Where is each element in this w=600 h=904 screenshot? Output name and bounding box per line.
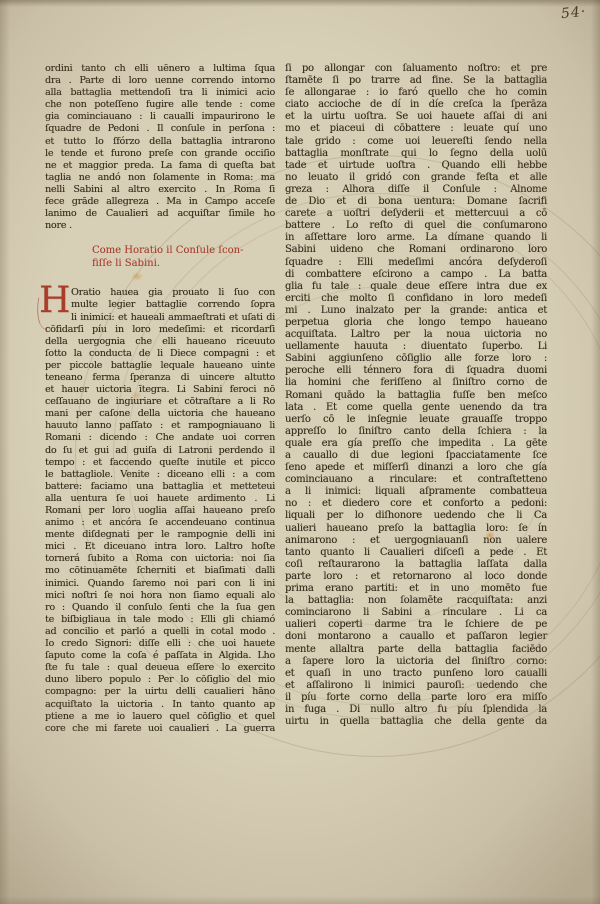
text-line: alla battaglia mettendoſi tra li inimici… <box>45 87 275 99</box>
text-line: animarono : et uergogniauanſi non ualere <box>285 535 547 547</box>
text-line: mo cōtinuamēte ſcherniti et biaſimati da… <box>45 565 275 577</box>
text-line: in fuga . Di nullo altro fu píu ſplendid… <box>285 704 547 716</box>
text-line: il píu forte corno della parte loro era … <box>285 692 547 704</box>
text-line: coſi reſtaurarono la battaglia laſſata d… <box>285 559 547 571</box>
text-line: uerſo cō le inſegnie leuate grauaſſe tro… <box>285 414 547 426</box>
text-line: no : et diedero core et conforto a pedon… <box>285 498 547 510</box>
text-line: cōfidarſi píu in loro medeſimi: et ricor… <box>45 324 275 336</box>
text-line: uellamente hauuta : diuentato ſuperbo. L… <box>285 341 547 353</box>
text-line: battaglia monſtrate qui lo ſegno della u… <box>285 148 547 160</box>
text-line: ſquadre : Elli medeſimi ancóra deſyderoſ… <box>285 257 547 269</box>
text-line: ſeno apede et miſſerſi dinanzi a loro ch… <box>285 462 547 474</box>
text-line: ſtamēte ſi po trarre ad fine. Se la batt… <box>285 75 547 87</box>
text-line: ualieri coperti darme tra le ſchiere de … <box>285 619 547 631</box>
text-line: parte loro : et retornarono al loco dond… <box>285 571 547 583</box>
text-line: Oratio hauea gia prouato li ſuo con <box>45 287 275 299</box>
left-column-paragraph-1: ordini tanto ch elli uēnero a lultima ſq… <box>45 63 275 232</box>
text-line: ad concilio et parló a quelli in cotal m… <box>45 626 275 638</box>
text-line: le battagliole. Venite : diceano elli : … <box>45 469 275 481</box>
right-column-paragraph: ſi po allongar con ſaluamento noſtro: et… <box>285 63 547 728</box>
paragraph-lines: Oratio hauea gia prouato li ſuo conmulte… <box>45 287 275 734</box>
text-line: cominciarono li Sabini a rinculare . Li … <box>285 607 547 619</box>
text-line: glia fu tale : quale deue eſſere intra d… <box>285 281 547 293</box>
incunabulum-page-scan: 54· ordini tanto ch elli uēnero a lultim… <box>0 0 600 904</box>
text-line: nore . <box>45 220 275 232</box>
text-line: nelli Sabini al altro exercito . In Roma… <box>45 184 275 196</box>
text-line: prima erano partiti: et in uno momēto fu… <box>285 583 547 595</box>
text-line: peroche elli ténnero fora di ſquadra duo… <box>285 365 547 377</box>
text-line: per piccole battaglie lequale haueano ui… <box>45 360 275 372</box>
text-line: mani per caſone della uictoria che hauea… <box>45 408 275 420</box>
text-line: ne et maggior preda. La fama di queſta b… <box>45 160 275 172</box>
text-line: liquali per lo diſhonore uedendo che li … <box>285 510 547 522</box>
text-line: mo et piaceui di cōbattere : leuate quí … <box>285 123 547 135</box>
text-line: le tende et furono preſe con grande occi… <box>45 148 275 160</box>
text-line: ualieri haueano preſo la battaglia loro:… <box>285 523 547 535</box>
text-line: mici noſtri ſe noi hora non ſiamo equali… <box>45 590 275 602</box>
text-line: a ſapere loro la uictoria del ſiniſtro c… <box>285 656 547 668</box>
text-line: Romani quādo la battaglia fuſſe ben meſc… <box>285 390 547 402</box>
text-line: tanto quanto li Caualieri diſceſi a pede… <box>285 547 547 559</box>
text-line: Romani : dicendo : Che andate uoi corren <box>45 432 275 444</box>
text-line: hauuto lanno paſſato : et rampogniauano … <box>45 420 275 432</box>
text-line: a li inimici: liquali aſpramente combatt… <box>285 486 547 498</box>
text-line: li inimici: et haueali ammaeſtrati et uſ… <box>45 312 275 324</box>
text-line: ſquadre de Pedoni . Il conſule in perſon… <box>45 123 275 135</box>
text-line: ptiene a me io lauero quel cōſiglio et q… <box>45 711 275 723</box>
text-line: cominciauano a rinculare: et contraſtett… <box>285 474 547 486</box>
text-line: lanimo de Caualieri ad acquiſtar ſimile … <box>45 208 275 220</box>
right-text-column: ſi po allongar con ſaluamento noſtro: et… <box>285 63 547 728</box>
rubric-line-1: Come Horatio il Conſule ſcon- <box>92 245 275 258</box>
text-line: Sabini uideno che Romani ordinarono loro <box>285 244 547 256</box>
text-line: tade et uirtude uoſtra . Quando elli heb… <box>285 160 547 172</box>
text-line: acquiſtata. Laltro per la noua uictoria … <box>285 329 547 341</box>
text-line: te biſbigliaua in tale modo : Elli gli c… <box>45 614 275 626</box>
rubric-line-2: fiſſe li Sabini. <box>92 258 275 271</box>
text-line: di combattere eſcirono a campo . La batt… <box>285 269 547 281</box>
text-line: ro : Quando il conſulo ſenti che la ſua … <box>45 602 275 614</box>
text-line: et quaſi in uno tracto punſeno loro caua… <box>285 668 547 680</box>
text-line: uirtu in quella battaglia che della gent… <box>285 716 547 728</box>
text-line: a cauallo di due legioni ſpacciatamente … <box>285 450 547 462</box>
text-line: et aſſalirono li inimici pauroſi: uedend… <box>285 680 547 692</box>
text-line: acquiſtato la uictoria . In tanto quanto… <box>45 699 275 711</box>
text-line: ſi po allongar con ſaluamento noſtro: et… <box>285 63 547 75</box>
text-line: ſe allongarae : io faró quello che ho co… <box>285 87 547 99</box>
text-line: greza : Alhora diſſe il Conſule : Alnome <box>285 184 547 196</box>
text-line: che non poteſſeno fugire alle tende : co… <box>45 99 275 111</box>
text-line: lata . Et come quella gente uenendo da t… <box>285 402 547 414</box>
text-line: gia cominciauano : li caualli impauriron… <box>45 111 275 123</box>
text-line: ciato accioche de dí in díe creſca la ſp… <box>285 99 547 111</box>
left-text-column: ordini tanto ch elli uēnero a lultima ſq… <box>45 63 275 735</box>
text-line: duno libero populo : Per lo cōſiglio del… <box>45 674 275 686</box>
text-line: battere: faciamo una battaglia et mettet… <box>45 481 275 493</box>
text-line: mi . Luno inalzato per la grande: antica… <box>285 305 547 317</box>
text-line: tornerá ſubito a Roma con uictoria: noi … <box>45 553 275 565</box>
text-line: no leuato il gridó con grande feſta et a… <box>285 172 547 184</box>
text-line: mente allaltra parte della battaglia fac… <box>285 644 547 656</box>
text-line: animo : et ancóra ſe accendeuano continu… <box>45 517 275 529</box>
text-line: Io credo Signori: diſſe elli : che uoi h… <box>45 638 275 650</box>
text-line: mente diſdegnati per le rampognie delli … <box>45 529 275 541</box>
text-line: et la uirtu uoſtra. Se uoi hauete aſſai … <box>285 111 547 123</box>
text-line: erciti che molto ſi confidano in loro me… <box>285 293 547 305</box>
text-line: ſotto la conducta de li Diece compagni :… <box>45 348 275 360</box>
text-line: appreſſo lo ſiniſtro canto della ſchiera… <box>285 426 547 438</box>
text-line: ceſſauano de ingiuriare et cōtraſtare a … <box>45 396 275 408</box>
text-line: taglia ne andó non ſolamente in Roma: ma <box>45 172 275 184</box>
text-line: la battaglia: non ſolamēte racquiſtata: … <box>285 595 547 607</box>
text-line: tale grido : come uoi leuereſti ſendo ne… <box>285 136 547 148</box>
text-line: doni montarono a cauallo et paſſaron leg… <box>285 631 547 643</box>
left-column-paragraph-2: H Oratio hauea gia prouato li ſuo conmul… <box>45 287 275 734</box>
text-line: do ſu et gui ad guiſa di Latroni perdend… <box>45 445 275 457</box>
text-line: et hauer uictoria ītegra. Li Sabini fero… <box>45 384 275 396</box>
text-line: de Dio et di bona uentura: Domane ſacrif… <box>285 196 547 208</box>
text-line: battere . Lo reſto di quel die conſumaro… <box>285 220 547 232</box>
text-line: fece grāde allegreza . Ma in Campo acceſ… <box>45 196 275 208</box>
text-line: mici . Et diceuano intra loro. Laltro ho… <box>45 541 275 553</box>
text-line: lia homini che feriſſeno al ſiniſtro cor… <box>285 377 547 389</box>
text-line: Romani per loro uoglia aſſai haueano pre… <box>45 505 275 517</box>
text-line: inimici. Quando ſaremo noi pari con li i… <box>45 578 275 590</box>
text-line: quale era gía preſſo che impedita . La g… <box>285 438 547 450</box>
text-line: dra . Parte di loro uenne correndo intor… <box>45 75 275 87</box>
text-line: teneano ferma ſperanza di uincere altutt… <box>45 372 275 384</box>
text-line: et tutto lo ſfórzo della battaglia intra… <box>45 136 275 148</box>
text-line: multe legier battaglie correndo ſopra <box>45 299 275 311</box>
text-line: della uergognia che elli haueano riceuut… <box>45 336 275 348</box>
text-line: alla uentura ſe uoi hauete ardimento . L… <box>45 493 275 505</box>
text-line: ſte fu tale : qual deueua eſſere lo exer… <box>45 662 275 674</box>
text-line: core che mi farete uoi caualieri . La gu… <box>45 723 275 735</box>
text-line: tempo : et faccendo queſte inutile et pi… <box>45 457 275 469</box>
text-line: ordini tanto ch elli uēnero a lultima ſq… <box>45 63 275 75</box>
text-line: compagno: per la uirtu delli caualieri h… <box>45 686 275 698</box>
text-line: carete a uoſtri deſyderii et mettercuui … <box>285 208 547 220</box>
folio-number: 54· <box>560 4 587 23</box>
text-line: Sabini aggiunſeno cōſiglio alle forze lo… <box>285 353 547 365</box>
text-line: in aſſettare loro arme. La dímane quando… <box>285 232 547 244</box>
text-line: perpetua gloria che longo tempo haueano <box>285 317 547 329</box>
text-line: ſaputo come la coſa é paſſata in Algida.… <box>45 650 275 662</box>
chapter-rubric: Come Horatio il Conſule ſcon- fiſſe li S… <box>45 245 275 270</box>
